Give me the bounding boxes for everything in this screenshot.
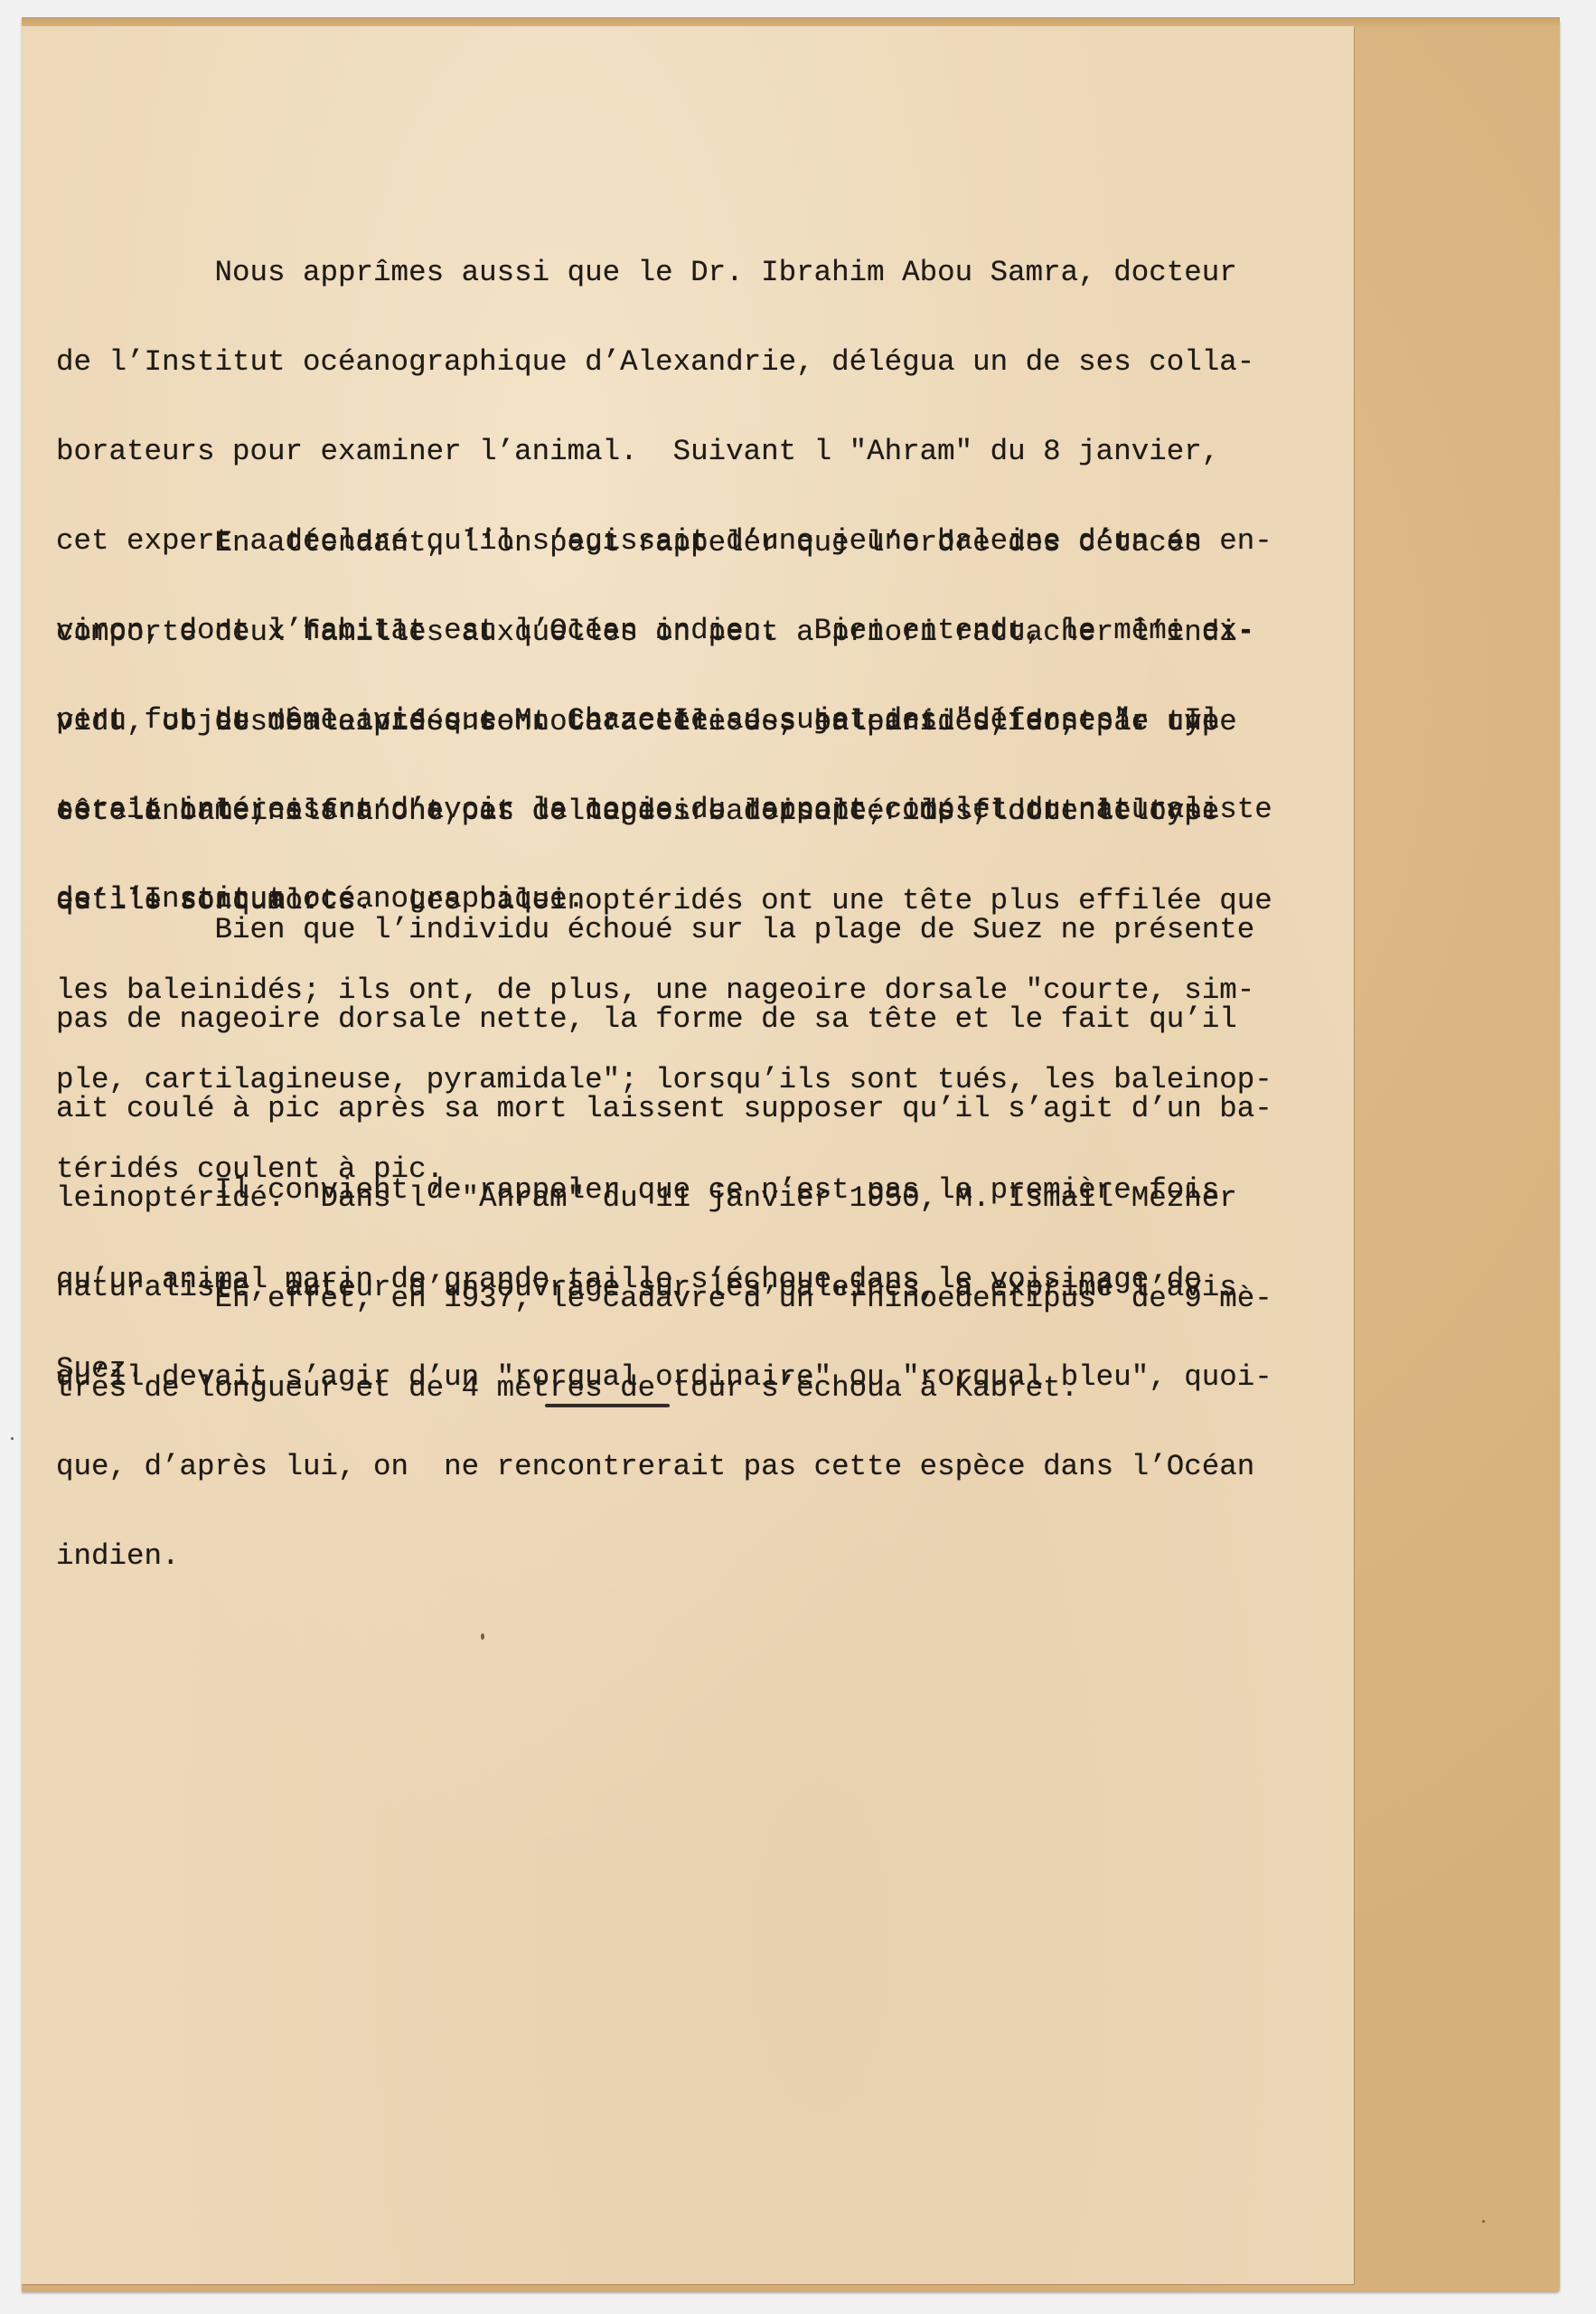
paper-speck [1482,2220,1485,2223]
paper-speck [481,1633,484,1640]
text-line: tête énorme; ils n’ont pas de nageoire d… [56,796,1272,826]
paper-speck [11,1437,14,1440]
text-line: En attendant, l’on peut rappeler que l’o… [56,528,1254,558]
typed-sheet: Nous apprîmes aussi que le Dr. Ibrahim A… [22,26,1354,2284]
text-line: de l’Institut océanographique d’Alexandr… [56,347,1272,377]
end-divider-line [545,1404,670,1407]
text-line: Il convient de rappeler que ce n’est pas… [56,1175,1219,1205]
text-line: tres de longueur et de 4 mètres de tour … [56,1373,1272,1403]
text-line: pas de nageoire dorsale nette, la forme … [56,1004,1272,1034]
text-line: comporte deux familles auxquelles on peu… [56,617,1254,647]
text-line: Nous apprîmes aussi que le Dr. Ibrahim A… [56,258,1272,287]
text-line: indien. [56,1541,1272,1571]
text-line: Bien que l’individu échoué sur la plage … [56,915,1272,945]
text-line: Les baleinidés sont caractérisés, en par… [56,707,1272,737]
paragraph-6: En effet, en 1937, le cadavre d’un "rhin… [56,1224,1272,1463]
text-line: borateurs pour examiner l’animal. Suivan… [56,437,1272,466]
text-line: En effet, en 1937, le cadavre d’un "rhin… [56,1284,1272,1313]
